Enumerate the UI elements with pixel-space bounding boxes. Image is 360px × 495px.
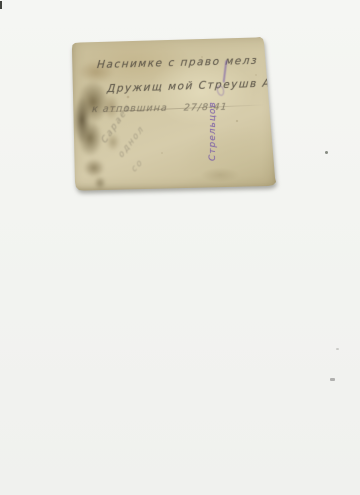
- pencil-scribble-3: со: [130, 157, 146, 175]
- aged-paper: Наснимке с право мелз Дружищ мой Стреушв…: [70, 35, 278, 192]
- dust-speck: [330, 378, 335, 381]
- handwriting-line-2: Дружищ мой Стреушв А.П.: [107, 77, 291, 95]
- ink-vertical-signature: Стрельцов: [208, 69, 222, 161]
- dust-speck: [325, 151, 328, 154]
- photo-card-back: Наснимке с право мелз Дружищ мой Стреушв…: [70, 35, 278, 192]
- dust-speck: [336, 348, 339, 350]
- scan-area: Наснимке с право мелз Дружищ мой Стреушв…: [0, 0, 360, 495]
- scanner-edge-mark: [0, 1, 2, 9]
